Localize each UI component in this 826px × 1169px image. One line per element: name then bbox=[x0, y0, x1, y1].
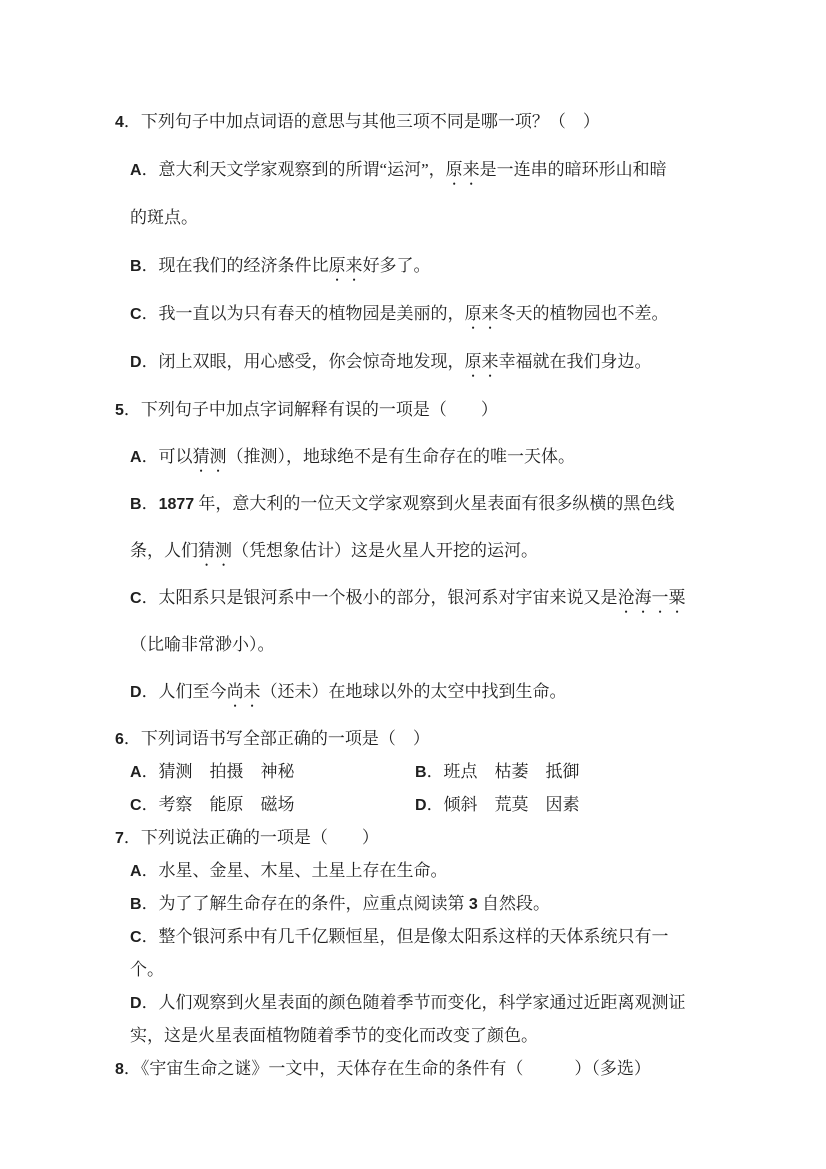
text-run: （还未）在地球以外的太空中找到生命。 bbox=[261, 682, 567, 701]
option-line: B．为了了解生命存在的条件，应重点阅读第 3 自然段。 bbox=[0, 892, 826, 925]
question-6: 6．下列词语书写全部正确的一项是（ ）A．猜测 拍摄 神秘B．班点 枯萎 抵御C… bbox=[0, 727, 826, 826]
option-line: C．太阳系只是银河系中一个极小的部分，银河系对宇宙来说又是沧海一粟 bbox=[0, 586, 826, 633]
latin-label: A bbox=[130, 863, 142, 880]
text-run: 实，这是火星表面植物随着季节的变化而改变了颜色。 bbox=[130, 1026, 538, 1045]
text-run: 冬天的植物园也不差。 bbox=[499, 304, 669, 323]
option-line: D．闭上双眼，用心感受，你会惊奇地发现，原来幸福就在我们身边。 bbox=[0, 350, 826, 398]
text-run: 是一连串的暗环形山和暗 bbox=[480, 160, 667, 179]
option-line: C．我一直以为只有春天的植物园是美丽的，原来冬天的植物园也不差。 bbox=[0, 302, 826, 350]
text-run: ．下列说法正确的一项是（ ） bbox=[124, 828, 379, 847]
text-run: ．闭上双眼，用心感受，你会惊奇地发现， bbox=[142, 352, 465, 371]
latin-label: A bbox=[130, 764, 142, 781]
text-run: ．现在我们的经济条件比 bbox=[142, 256, 329, 275]
option-line: C．考察 能原 磁场D．倾斜 荒莫 因素 bbox=[0, 793, 826, 826]
option-line: B．现在我们的经济条件比原来好多了。 bbox=[0, 254, 826, 302]
text-cell: （比喻非常渺小）。 bbox=[130, 635, 275, 654]
text-run: ．水星、金星、木星、土星上存在生命。 bbox=[142, 861, 448, 880]
text-run: ．太阳系只是银河系中一个极小的部分，银河系对宇宙来说又是 bbox=[142, 588, 618, 607]
latin-label: A bbox=[130, 162, 142, 179]
text-cell: B．现在我们的经济条件比原来好多了。 bbox=[130, 256, 431, 275]
text-run: ．《宇宙生命之谜》一文中，天体存在生命的条件有（ ）（多选） bbox=[124, 1059, 651, 1078]
text-cell: 7．下列说法正确的一项是（ ） bbox=[115, 828, 379, 847]
text-cell: B．1877 年，意大利的一位天文学家观察到火星表面有很多纵横的黑色线 bbox=[130, 494, 674, 513]
text-cell: 8．《宇宙生命之谜》一文中，天体存在生命的条件有（ ）（多选） bbox=[115, 1059, 651, 1078]
latin-label: B bbox=[130, 496, 142, 513]
emphasized-word: 沧海一粟 bbox=[618, 588, 686, 607]
text-run: ． bbox=[142, 494, 159, 513]
latin-label: 3 bbox=[469, 896, 478, 913]
text-cell: C．考察 能原 磁场 bbox=[130, 793, 415, 818]
latin-label: D bbox=[415, 797, 427, 814]
document-body: 4．下列句子中加点词语的意思与其他三项不同是哪一项？（ ）A．意大利天文学家观察… bbox=[0, 0, 826, 1090]
question-8: 8．《宇宙生命之谜》一文中，天体存在生命的条件有（ ）（多选） bbox=[0, 1057, 826, 1090]
text-run: 幸福就在我们身边。 bbox=[499, 352, 652, 371]
text-cell: 的斑点。 bbox=[130, 208, 198, 227]
question-5: 5．下列句子中加点字词解释有误的一项是（ ）A．可以猜测（推测），地球绝不是有生… bbox=[0, 398, 826, 727]
text-cell: B．为了了解生命存在的条件，应重点阅读第 3 自然段。 bbox=[130, 894, 550, 913]
option-line: B．1877 年，意大利的一位天文学家观察到火星表面有很多纵横的黑色线 bbox=[0, 492, 826, 539]
text-run: 条，人们 bbox=[130, 541, 198, 560]
text-run: ．为了了解生命存在的条件，应重点阅读第 bbox=[142, 894, 469, 913]
text-cell: 6．下列词语书写全部正确的一项是（ ） bbox=[115, 729, 430, 748]
text-cell: C．我一直以为只有春天的植物园是美丽的，原来冬天的植物园也不差。 bbox=[130, 304, 669, 323]
question-stem-line: 8．《宇宙生命之谜》一文中，天体存在生命的条件有（ ）（多选） bbox=[0, 1057, 826, 1090]
text-cell: 4．下列句子中加点词语的意思与其他三项不同是哪一项？（ ） bbox=[115, 112, 600, 131]
text-run: ．人们至今 bbox=[142, 682, 227, 701]
text-cell: D．人们至今尚未（还未）在地球以外的太空中找到生命。 bbox=[130, 682, 567, 701]
text-cell: D．人们观察到火星表面的颜色随着季节而变化，科学家通过近距离观测证 bbox=[130, 993, 686, 1012]
option-line: D．人们至今尚未（还未）在地球以外的太空中找到生命。 bbox=[0, 680, 826, 727]
text-run: （推测），地球绝不是有生命存在的唯一天体。 bbox=[227, 447, 576, 466]
latin-label: C bbox=[130, 929, 142, 946]
text-cell: B．班点 枯萎 抵御 bbox=[415, 760, 580, 785]
option-line: 的斑点。 bbox=[0, 206, 826, 254]
text-cell: 5．下列句子中加点字词解释有误的一项是（ ） bbox=[115, 400, 498, 419]
text-run: ．下列句子中加点词语的意思与其他三项不同是哪一项？（ ） bbox=[124, 112, 600, 131]
text-run: 好多了。 bbox=[363, 256, 431, 275]
option-line: 条，人们猜测（凭想象估计）这是火星人开挖的运河。 bbox=[0, 539, 826, 586]
emphasized-word: 原来 bbox=[446, 160, 480, 179]
latin-label: C bbox=[130, 306, 142, 323]
text-cell: D．闭上双眼，用心感受，你会惊奇地发现，原来幸福就在我们身边。 bbox=[130, 352, 652, 371]
question-stem-line: 4．下列句子中加点词语的意思与其他三项不同是哪一项？（ ） bbox=[0, 110, 826, 158]
latin-label: B bbox=[130, 258, 142, 275]
text-cell: 个。 bbox=[130, 960, 164, 979]
text-run: ．班点 枯萎 抵御 bbox=[427, 762, 580, 781]
text-cell: A．可以猜测（推测），地球绝不是有生命存在的唯一天体。 bbox=[130, 447, 575, 466]
emphasized-word: 猜测 bbox=[193, 447, 227, 466]
option-line: 个。 bbox=[0, 958, 826, 991]
text-cell: A．猜测 拍摄 神秘 bbox=[130, 760, 415, 785]
latin-label: 6 bbox=[115, 731, 124, 748]
text-run: ．我一直以为只有春天的植物园是美丽的， bbox=[142, 304, 465, 323]
option-line: A．可以猜测（推测），地球绝不是有生命存在的唯一天体。 bbox=[0, 445, 826, 492]
text-run: （凭想象估计）这是火星人开挖的运河。 bbox=[232, 541, 538, 560]
emphasized-word: 原来 bbox=[329, 256, 363, 275]
text-run: ．可以 bbox=[142, 447, 193, 466]
text-run: ．猜测 拍摄 神秘 bbox=[142, 762, 295, 781]
option-line: D．人们观察到火星表面的颜色随着季节而变化，科学家通过近距离观测证 bbox=[0, 991, 826, 1024]
text-run: ．人们观察到火星表面的颜色随着季节而变化，科学家通过近距离观测证 bbox=[142, 993, 686, 1012]
text-run: ．下列句子中加点字词解释有误的一项是（ ） bbox=[124, 400, 498, 419]
latin-label: 7 bbox=[115, 830, 124, 847]
latin-label: B bbox=[415, 764, 427, 781]
question-4: 4．下列句子中加点词语的意思与其他三项不同是哪一项？（ ）A．意大利天文学家观察… bbox=[0, 110, 826, 398]
question-stem-line: 6．下列词语书写全部正确的一项是（ ） bbox=[0, 727, 826, 760]
text-run: ．意大利天文学家观察到的所谓“运河”， bbox=[142, 160, 446, 179]
latin-label: D bbox=[130, 684, 142, 701]
text-run: 年，意大利的一位天文学家观察到火星表面有很多纵横的黑色线 bbox=[194, 494, 674, 513]
option-line: （比喻非常渺小）。 bbox=[0, 633, 826, 680]
question-stem-line: 7．下列说法正确的一项是（ ） bbox=[0, 826, 826, 859]
text-cell: A．水星、金星、木星、土星上存在生命。 bbox=[130, 861, 448, 880]
emphasized-word: 猜测 bbox=[198, 541, 232, 560]
latin-label: A bbox=[130, 449, 142, 466]
option-line: A．水星、金星、木星、土星上存在生命。 bbox=[0, 859, 826, 892]
text-run: 自然段。 bbox=[478, 894, 550, 913]
worksheet-page: { "page": { "background": "#ffffff", "te… bbox=[0, 0, 826, 1169]
text-cell: A．意大利天文学家观察到的所谓“运河”，原来是一连串的暗环形山和暗 bbox=[130, 160, 667, 179]
text-run: ．倾斜 荒莫 因素 bbox=[427, 795, 580, 814]
latin-label: 4 bbox=[115, 114, 124, 131]
latin-label: 8 bbox=[115, 1061, 124, 1078]
text-cell: C．太阳系只是银河系中一个极小的部分，银河系对宇宙来说又是沧海一粟 bbox=[130, 588, 686, 607]
text-cell: D．倾斜 荒莫 因素 bbox=[415, 793, 580, 818]
option-line: A．意大利天文学家观察到的所谓“运河”，原来是一连串的暗环形山和暗 bbox=[0, 158, 826, 206]
latin-label: 5 bbox=[115, 402, 124, 419]
latin-label: 1877 bbox=[159, 496, 195, 513]
latin-label: D bbox=[130, 995, 142, 1012]
emphasized-word: 原来 bbox=[465, 352, 499, 371]
text-run: ．整个银河系中有几千亿颗恒星，但是像太阳系这样的天体系统只有一 bbox=[142, 927, 669, 946]
text-run: ．下列词语书写全部正确的一项是（ ） bbox=[124, 729, 430, 748]
emphasized-word: 尚未 bbox=[227, 682, 261, 701]
latin-label: B bbox=[130, 896, 142, 913]
text-cell: 实，这是火星表面植物随着季节的变化而改变了颜色。 bbox=[130, 1026, 538, 1045]
option-line: C．整个银河系中有几千亿颗恒星，但是像太阳系这样的天体系统只有一 bbox=[0, 925, 826, 958]
text-run: 个。 bbox=[130, 960, 164, 979]
latin-label: C bbox=[130, 590, 142, 607]
option-line: 实，这是火星表面植物随着季节的变化而改变了颜色。 bbox=[0, 1024, 826, 1057]
text-run: ．考察 能原 磁场 bbox=[142, 795, 295, 814]
question-7: 7．下列说法正确的一项是（ ）A．水星、金星、木星、土星上存在生命。B．为了了解… bbox=[0, 826, 826, 1057]
text-run: （比喻非常渺小）。 bbox=[130, 635, 275, 654]
latin-label: C bbox=[130, 797, 142, 814]
question-stem-line: 5．下列句子中加点字词解释有误的一项是（ ） bbox=[0, 398, 826, 445]
text-cell: C．整个银河系中有几千亿颗恒星，但是像太阳系这样的天体系统只有一 bbox=[130, 927, 669, 946]
text-cell: 条，人们猜测（凭想象估计）这是火星人开挖的运河。 bbox=[130, 541, 538, 560]
text-run: 的斑点。 bbox=[130, 208, 198, 227]
latin-label: D bbox=[130, 354, 142, 371]
emphasized-word: 原来 bbox=[465, 304, 499, 323]
option-line: A．猜测 拍摄 神秘B．班点 枯萎 抵御 bbox=[0, 760, 826, 793]
